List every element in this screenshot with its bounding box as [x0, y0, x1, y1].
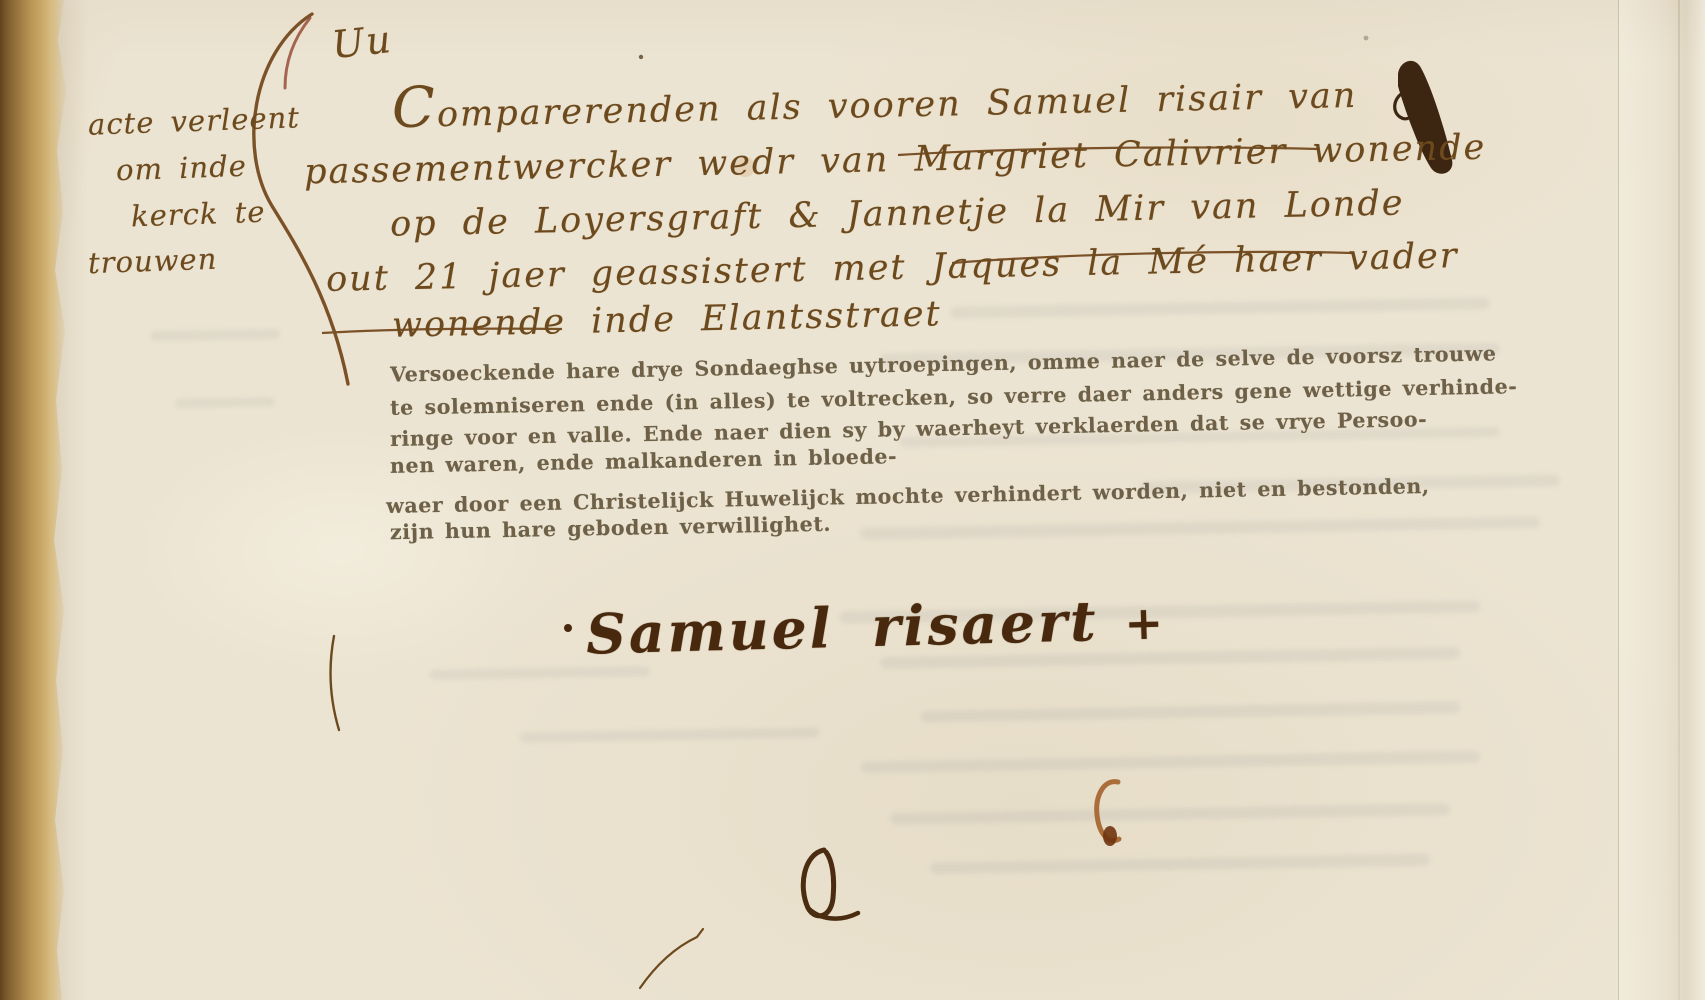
- signature-name: Samuel risaert: [585, 588, 1099, 666]
- ink-speck: [639, 55, 643, 59]
- manuscript-page-scan: Uu acte verleent om inde kerck te trouwe…: [0, 0, 1705, 1000]
- paraph-mark: Uu: [330, 17, 395, 67]
- ink-blot-stain: [1103, 826, 1117, 846]
- signature-cross-mark: +: [1124, 595, 1167, 650]
- pen-stroke-vertical: [331, 636, 339, 730]
- margin-note-line: trouwen: [87, 242, 217, 280]
- pen-stroke-bottom: [640, 929, 703, 988]
- margin-flourish-stroke: [254, 14, 348, 384]
- margin-note-line: kerck te: [130, 195, 266, 234]
- margin-flourish-red-stroke: [285, 18, 310, 88]
- margin-note-line: om inde: [115, 149, 247, 188]
- signature-dot: [564, 624, 572, 632]
- ink-speck: [1364, 36, 1369, 41]
